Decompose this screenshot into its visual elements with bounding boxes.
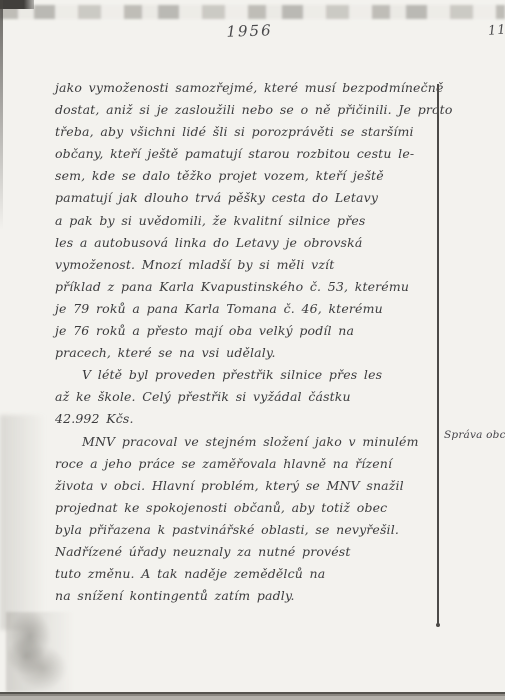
text-line: 42.992 Kčs. [55,408,441,430]
text-line: roce a jeho práce se zaměřovala hlavně n… [55,453,441,475]
text-line: příklad z pana Karla Kvapustinského č. 5… [55,276,441,298]
text-line: je 76 roků a přesto mají oba velký podíl… [55,320,441,342]
text-line: na snížení kontingentů zatím padly. [55,585,441,607]
text-line: sem, kde se dalo těžko projet vozem, kte… [55,165,441,187]
text-line: vymoženost. Mnozí mladší by si měli vzít [55,254,441,276]
text-line: tuto změnu. A tak naděje zemědělců na [55,563,441,585]
text-line: pamatují jak dlouho trvá pěšky cesta do … [55,187,441,209]
text-line: občany, kteří ještě pamatují starou rozb… [55,143,441,165]
scan-artifact-bottom-edge [0,692,505,700]
text-line: třeba, aby všichni lidé šli si porozpráv… [55,121,441,143]
text-line: les a autobusová linka do Letavy je obro… [55,232,441,254]
text-line: jako vymoženosti samozřejmé, které musí … [55,77,441,99]
text-line: V létě byl proveden přestřik silnice pře… [55,364,441,386]
text-line: MNV pracoval ve stejném složení jako v m… [55,431,441,453]
handwritten-text-block: jako vymoženosti samozřejmé, které musí … [55,77,441,607]
text-line: byla přiřazena k pastvinářské oblasti, s… [55,519,441,541]
page-number: 11. [488,22,505,39]
scanned-chronicle-page: 1956 11. jako vymoženosti samozřejmé, kt… [0,0,505,700]
text-line: Nadřízené úřady neuznaly za nutné provés… [55,541,441,563]
text-line: a pak by si uvědomili, že kvalitní silni… [55,210,441,232]
scan-artifact-top-left-corner [0,0,34,9]
text-line: je 79 roků a pana Karla Tomana č. 46, kt… [55,298,441,320]
margin-rule-end-dot [436,623,440,627]
text-line: projednat ke spokojenosti občanů, aby to… [55,497,441,519]
text-line: pracech, které se na vsi udělaly. [55,342,441,364]
text-line: až ke škole. Celý přestřik si vyžádal čá… [55,386,441,408]
margin-rule-line [437,84,439,625]
scan-artifact-left-smudge [0,415,46,630]
margin-note: Správa obce [444,429,505,441]
text-line: dostat, aniž si je zasloužili nebo se o … [55,99,441,121]
text-line: života v obci. Hlavní problém, který se … [55,475,441,497]
scan-artifact-bottom-left-patch [6,612,86,692]
